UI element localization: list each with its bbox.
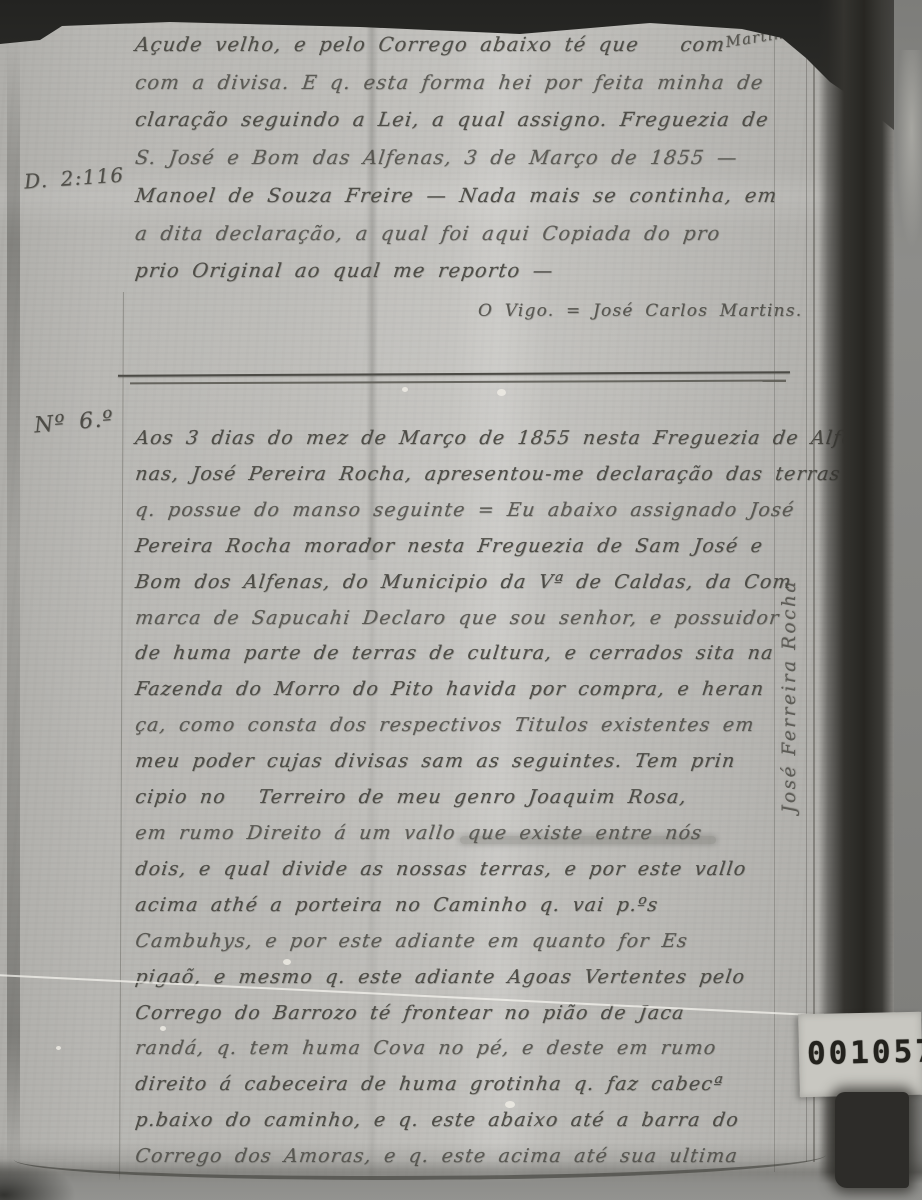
manuscript-line: direito á cabeceira de huma grotinha q. … [133, 1067, 856, 1103]
right-edge-highlight [896, 50, 922, 250]
manuscript-line: ça, como consta dos respectivos Titulos … [133, 708, 856, 744]
binding-dark-blob [835, 1092, 909, 1188]
manuscript-line: meu poder cujas divisas sam as seguintes… [133, 744, 856, 780]
paper-speck [497, 389, 506, 396]
manuscript-line: q. possue do manso seguinte = Eu abaixo … [133, 493, 856, 529]
manuscript-line: p.baixo do caminho, e q. este abaixo até… [133, 1103, 856, 1139]
manuscript-line: Manoel de Souza Freire — Nada mais se co… [133, 177, 780, 215]
side-vertical-signature: José Ferreira Rocha [779, 468, 805, 813]
manuscript-line: Bom dos Alfenas, do Municipio da Vª de C… [133, 565, 856, 601]
bottom-left-corner-shadow [0, 1158, 76, 1200]
entry-paragraph: Aos 3 dias do mez de Março de 1855 nesta… [133, 421, 852, 1175]
manuscript-line: claração seguindo a Lei, a qual assigno.… [133, 101, 780, 139]
frame-number-tab: 001057 [798, 1012, 922, 1098]
manuscript-line: de huma parte de terras de cultura, e ce… [133, 636, 856, 672]
manuscript-line: a dita declaração, a qual foi aqui Copia… [133, 215, 780, 253]
manuscript-line: cipio no Terreiro de meu genro Joaquim R… [133, 780, 856, 816]
paper-speck [402, 387, 408, 392]
manuscript-line: randá, q. tem huma Cova no pé, e deste e… [133, 1031, 856, 1067]
manuscript-line: Pereira Rocha morador nesta Freguezia de… [133, 529, 856, 565]
manuscript-line: marca de Sapucahi Declaro que sou senhor… [133, 601, 856, 637]
manuscript-line: Aos 3 dias do mez de Março de 1855 nesta… [133, 421, 856, 457]
manuscript-line: pigaõ, e mesmo q. este adiante Agoas Ver… [133, 960, 856, 996]
vicar-signature: O Vigo. = José Carlos Martins. [478, 301, 802, 321]
manuscript-line: em rumo Direito á um vallo que existe en… [133, 816, 856, 852]
paper-speck [56, 1046, 61, 1050]
manuscript-line: Cambuhys, e por este adiante em quanto f… [133, 924, 856, 960]
paper-speck [505, 1101, 515, 1108]
manuscript-line: prio Original ao qual me reporto — [133, 252, 780, 290]
manuscript-line: nas, José Pereira Rocha, apresentou-me d… [133, 457, 856, 493]
manuscript-line: Fazenda do Morro do Pito havida por comp… [133, 672, 856, 708]
manuscript-line: com a divisa. E q. esta forma hei por fe… [133, 64, 780, 102]
paper-speck [283, 959, 291, 965]
manuscript-line: acima athé a porteira no Caminho q. vai … [133, 888, 856, 924]
closing-paragraph: Açude velho, e pelo Corrego abaixo té qu… [133, 26, 775, 290]
manuscript-line: Corrego do Barrozo té frontear no pião d… [133, 996, 856, 1032]
manuscript-line: dois, e qual divide as nossas terras, e … [133, 852, 856, 888]
frame-number: 001057 [807, 1033, 922, 1072]
ink-smudge [460, 836, 716, 844]
left-fold-shadow [7, 40, 20, 1170]
paper-speck [160, 1026, 166, 1031]
manuscript-line: Açude velho, e pelo Corrego abaixo té qu… [133, 26, 780, 64]
manuscript-line: S. José e Bom das Alfenas, 3 de Março de… [133, 139, 780, 177]
manuscript-scan: Fo Martins D. 2:116 Nº 6.º Açude velho, … [0, 0, 922, 1200]
